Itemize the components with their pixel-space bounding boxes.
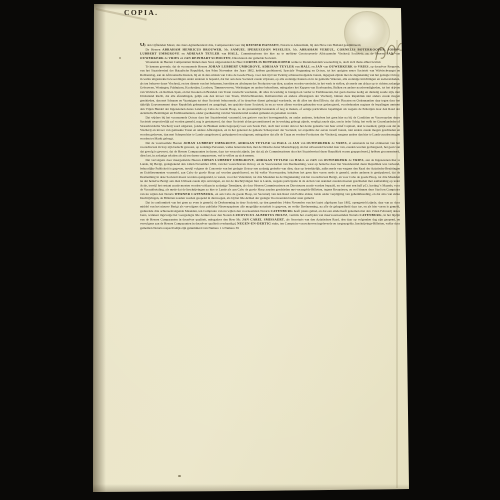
paper-bottom-shadow — [93, 484, 409, 492]
paper-left-shadow — [93, 4, 106, 492]
deed-paragraphs: Op den vijftienden Maart, des Jaars Agti… — [140, 43, 400, 231]
paper-sheet: COPIA. Op den vijftienden Maart, des Jaa… — [0, 0, 500, 500]
document-paragraph: Te kennen gevende, dat de voornoemde Hee… — [140, 65, 400, 116]
paper-speck — [119, 57, 121, 59]
document-paragraph: Dat de voornoemde Heeren JOHAN LUBBERT U… — [140, 141, 400, 158]
deed-text-block: Op den vijftienden Maart, des Jaars Agti… — [140, 43, 400, 463]
document-paragraph: Dat in conformiteit van het geen zo even… — [140, 201, 400, 231]
document-title: COPIA. — [124, 8, 158, 17]
document-paragraph: Dat wijders bij het voornoemde Octroy do… — [140, 116, 400, 142]
paper-speck — [178, 475, 181, 477]
photo-of-document: COPIA. Op den vijftienden Maart, des Jaa… — [0, 0, 500, 500]
document-paragraph: Dat vervolgens door meergemelde Heeren J… — [140, 158, 400, 201]
document-paragraph: De Heeren ABRAHAM HENRICUS BROUWER, Mr. … — [140, 48, 400, 61]
